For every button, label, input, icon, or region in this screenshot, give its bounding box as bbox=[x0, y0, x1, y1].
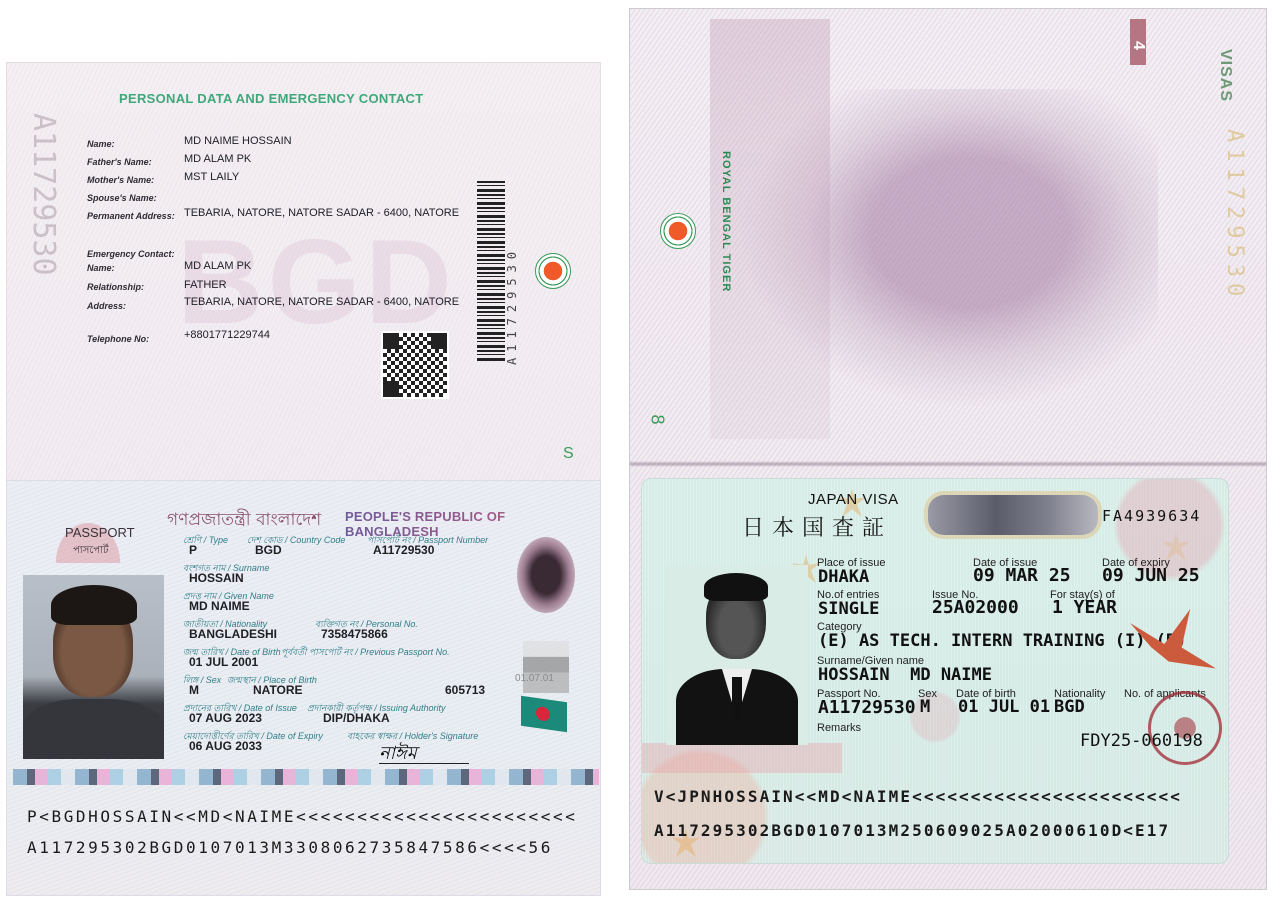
relationship-label: Relationship: bbox=[87, 282, 144, 292]
passport-word: PASSPORT bbox=[65, 525, 135, 540]
page-title: PERSONAL DATA AND EMERGENCY CONTACT bbox=[119, 91, 423, 106]
emergency-address-value: TEBARIA, NATORE, NATORE SADAR - 6400, NA… bbox=[184, 296, 459, 308]
visa-title: JAPAN VISA bbox=[808, 491, 899, 508]
visa-holder-photo bbox=[666, 565, 808, 745]
personal-no-value: 7358475866 bbox=[321, 627, 388, 641]
reference-number: FDY25-060198 bbox=[1080, 733, 1203, 750]
given-name-value: MD NAIME bbox=[189, 599, 250, 613]
side-page-number: 8 bbox=[647, 414, 668, 424]
photo-tie bbox=[732, 677, 742, 721]
passport-number-value: A11729530 bbox=[373, 543, 434, 557]
telephone-value: +8801771229744 bbox=[184, 329, 270, 341]
visa-serial-number: FA4939634 bbox=[1102, 507, 1201, 525]
emergency-address-label: Address: bbox=[87, 301, 126, 311]
visa-mrz-line-1: V<JPNHOSSAIN<<MD<NAIME<<<<<<<<<<<<<<<<<<… bbox=[654, 787, 1182, 806]
japan-visa-sticker: JAPAN VISA 日本国査証 FA4939634 Place of issu… bbox=[641, 478, 1229, 864]
emergency-name-label: Name: bbox=[87, 263, 115, 273]
mrz-line-1: P<BGDHOSSAIN<<MD<NAIME<<<<<<<<<<<<<<<<<<… bbox=[27, 807, 577, 826]
entries-value: SINGLE bbox=[818, 601, 879, 618]
country-code-value: BGD bbox=[255, 543, 282, 557]
photo-hair bbox=[51, 585, 137, 625]
hologram-seal bbox=[928, 495, 1098, 535]
issuing-authority-value: DIP/DHAKA bbox=[323, 711, 390, 725]
permanent-address-value: TEBARIA, NATORE, NATORE SADAR - 6400, NA… bbox=[184, 207, 459, 219]
place-of-issue-value: DHAKA bbox=[818, 569, 869, 586]
date-of-issue-value: 07 AUG 2023 bbox=[189, 711, 262, 725]
passport-data-page: PASSPORT পাসপোর্ট গণপ্রজাতন্ত্রী বাংলাদে… bbox=[6, 480, 601, 896]
name-label: Name: bbox=[87, 139, 115, 149]
date-of-expiry-value: 06 AUG 2033 bbox=[189, 739, 262, 753]
holder-photo bbox=[23, 575, 164, 759]
government-emblem-icon bbox=[535, 253, 571, 289]
permanent-address-label: Permanent Address: bbox=[87, 211, 175, 221]
emergency-contact-heading: Emergency Contact: bbox=[87, 249, 175, 259]
photo-body bbox=[23, 699, 164, 759]
qr-code bbox=[381, 331, 449, 399]
remarks-label: Remarks bbox=[817, 723, 861, 734]
perforated-passport-number: A11729530 bbox=[1222, 129, 1247, 302]
barcode bbox=[477, 181, 505, 361]
relationship-value: FATHER bbox=[184, 279, 227, 291]
name-value: HOSSAIN MD NAIME bbox=[818, 667, 992, 684]
ministry-stamp bbox=[1148, 691, 1222, 765]
barcode-number: A11729530 bbox=[505, 185, 521, 365]
passport-no-value: A11729530 bbox=[818, 699, 916, 717]
previous-passport-label: পূর্ববর্তী পাসপোর্ট নং / Previous Passpo… bbox=[281, 645, 450, 660]
emergency-name-value: MD ALAM PK bbox=[184, 260, 251, 272]
tiger-watermark bbox=[738, 89, 1158, 409]
visa-kanji-title: 日本国査証 bbox=[742, 511, 892, 542]
hologram-strip bbox=[13, 769, 599, 785]
page-number: 4 bbox=[1130, 19, 1146, 65]
decorative-band bbox=[642, 743, 842, 773]
mrz-line-2: A117295302BGD0107013M3308062735847586<<<… bbox=[27, 838, 553, 857]
extra-number: 605713 bbox=[445, 683, 485, 697]
mother-name-value: MST LAILY bbox=[184, 171, 239, 183]
dob-value: 01 JUL 01 bbox=[958, 699, 1050, 716]
visa-mrz-line-2: A117295302BGD0107013M250609025A02000610D… bbox=[654, 821, 1170, 840]
personal-data-page: BGD A11729530 PERSONAL DATA AND EMERGENC… bbox=[6, 62, 601, 482]
father-name-value: MD ALAM PK bbox=[184, 153, 251, 165]
spouse-name-label: Spouse's Name: bbox=[87, 193, 157, 203]
bangladesh-flag-icon bbox=[521, 696, 567, 732]
sex-value: M bbox=[920, 699, 930, 716]
passport-word-bn: পাসপোর্ট bbox=[73, 543, 108, 560]
perforated-passport-number: A11729530 bbox=[21, 113, 55, 473]
type-value: P bbox=[189, 543, 197, 557]
stay-value: 1 YEAR bbox=[1052, 599, 1117, 617]
holder-signature: নাঈম bbox=[379, 739, 469, 764]
dob-value: 01 JUL 2001 bbox=[189, 655, 258, 669]
nationality-value: BANGLADESHI bbox=[189, 627, 277, 641]
category-value: (E) AS TECH. INTERN TRAINING (I) (B) bbox=[818, 633, 1186, 650]
photo-hair bbox=[704, 573, 768, 601]
father-name-label: Father's Name: bbox=[87, 157, 152, 167]
surname-value: HOSSAIN bbox=[189, 571, 244, 585]
nationality-value: BGD bbox=[1054, 699, 1085, 716]
ghost-date: 01.07.01 bbox=[515, 673, 554, 684]
royal-bengal-tiger-label: ROYAL BENGAL TIGER bbox=[720, 151, 732, 292]
date-of-issue-value: 09 MAR 25 bbox=[973, 567, 1071, 585]
issue-no-value: 25A02000 bbox=[932, 599, 1019, 617]
page-fold bbox=[630, 461, 1266, 467]
visas-label: VISAS bbox=[1216, 49, 1234, 102]
government-emblem-icon bbox=[660, 213, 696, 249]
date-of-expiry-value: 09 JUN 25 bbox=[1102, 567, 1200, 585]
place-of-birth-value: NATORE bbox=[253, 683, 303, 697]
ghost-photo bbox=[523, 641, 569, 693]
page-mark: S bbox=[563, 445, 574, 463]
telephone-label: Telephone No: bbox=[87, 334, 149, 344]
name-value: MD NAIME HOSSAIN bbox=[184, 135, 292, 147]
country-name-bn: গণপ্রজাতন্ত্রী বাংলাদেশ bbox=[167, 507, 321, 535]
ghost-image-oval bbox=[517, 537, 575, 613]
sex-value: M bbox=[189, 683, 199, 697]
mother-name-label: Mother's Name: bbox=[87, 175, 154, 185]
